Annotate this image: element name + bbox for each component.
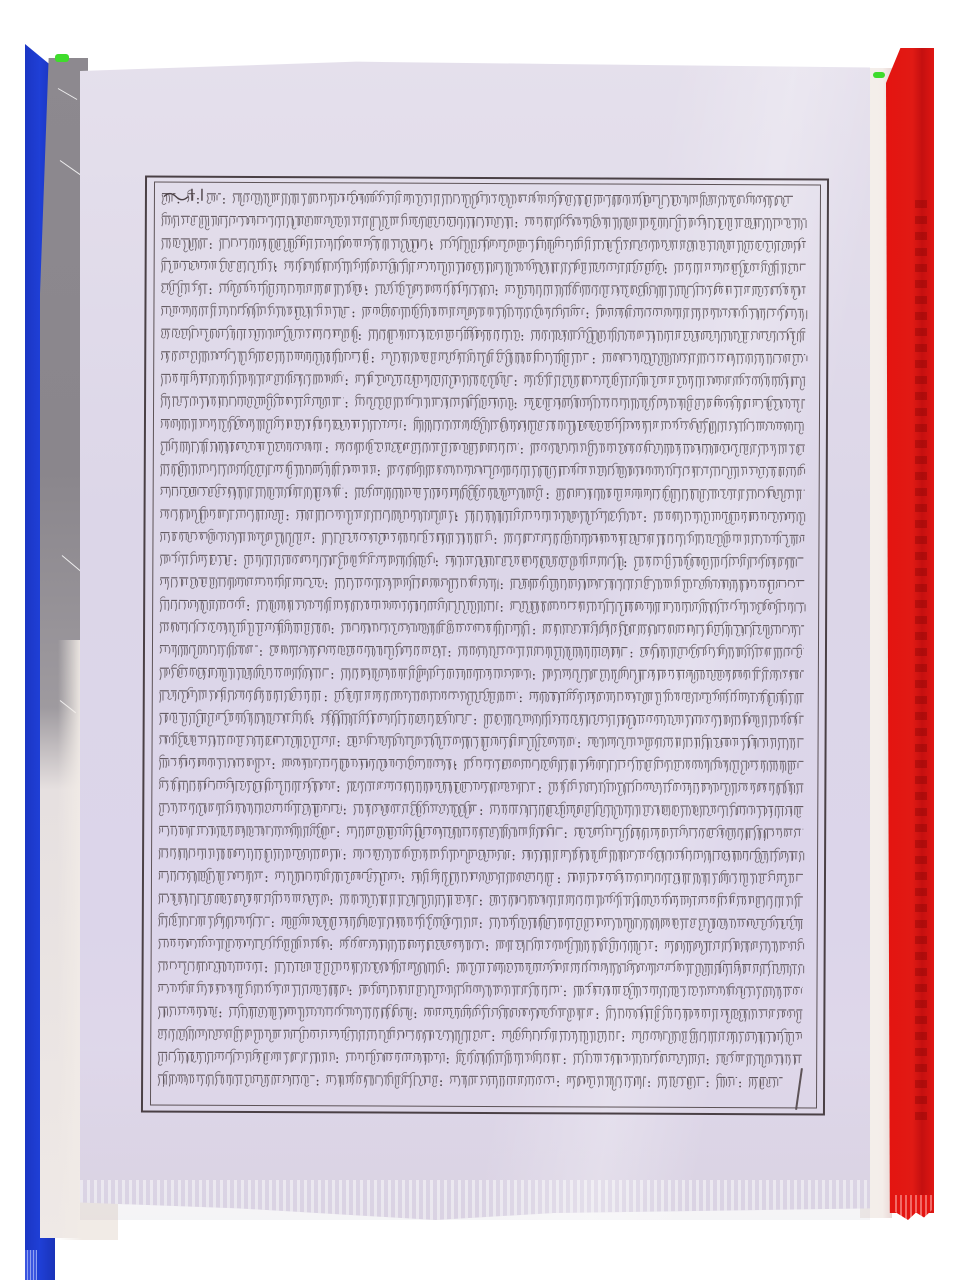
text-line: [161, 506, 805, 526]
text-line: [158, 1004, 802, 1024]
text-line: [161, 439, 805, 458]
text-line: [160, 574, 804, 594]
text-line: [161, 326, 805, 346]
text-line: [161, 484, 805, 504]
green-stitch-left: [55, 54, 69, 62]
text-line: [162, 258, 806, 278]
text-line: [162, 190, 793, 210]
text-line: [159, 823, 803, 843]
tibetan-mantra-text: ༄༅། ༄༅། །ཨེ་མ་ཧོ༔ ཐུབ་པ་རྫོགས་པའི་བཅའ་ཀྱ…: [152, 185, 820, 1106]
text-line: [161, 416, 805, 436]
text-line: [158, 1026, 802, 1046]
text-line: [158, 1071, 783, 1091]
blue-flag-fringe: [25, 1250, 37, 1280]
text-line: [159, 913, 803, 933]
text-line: [160, 642, 804, 661]
green-stitch-right: [873, 72, 885, 78]
text-line: [161, 303, 806, 322]
text-line: [160, 687, 804, 706]
text-line: [161, 348, 807, 368]
text-line: [162, 213, 806, 233]
text-line: [159, 868, 803, 888]
text-line: [159, 958, 804, 977]
text-line: [161, 393, 805, 412]
text-line: [158, 981, 802, 1000]
text-line: [159, 755, 803, 775]
text-line: [162, 235, 806, 255]
text-line: [159, 800, 803, 820]
text-line: [160, 619, 804, 638]
text-line: [160, 529, 804, 549]
text-line: [162, 280, 806, 300]
text-line: [160, 552, 804, 572]
text-line: [160, 597, 805, 617]
text-line: [160, 710, 804, 730]
text-line: [159, 778, 803, 798]
text-line: [159, 845, 804, 864]
text-lines: [152, 185, 820, 1106]
text-line: [158, 1049, 802, 1068]
text-line: [160, 732, 804, 752]
red-flag-print: [915, 200, 927, 1120]
text-line: [160, 665, 804, 685]
text-line: [159, 891, 803, 911]
text-line: [159, 936, 804, 955]
text-line: [161, 371, 805, 390]
text-line: [161, 461, 805, 480]
